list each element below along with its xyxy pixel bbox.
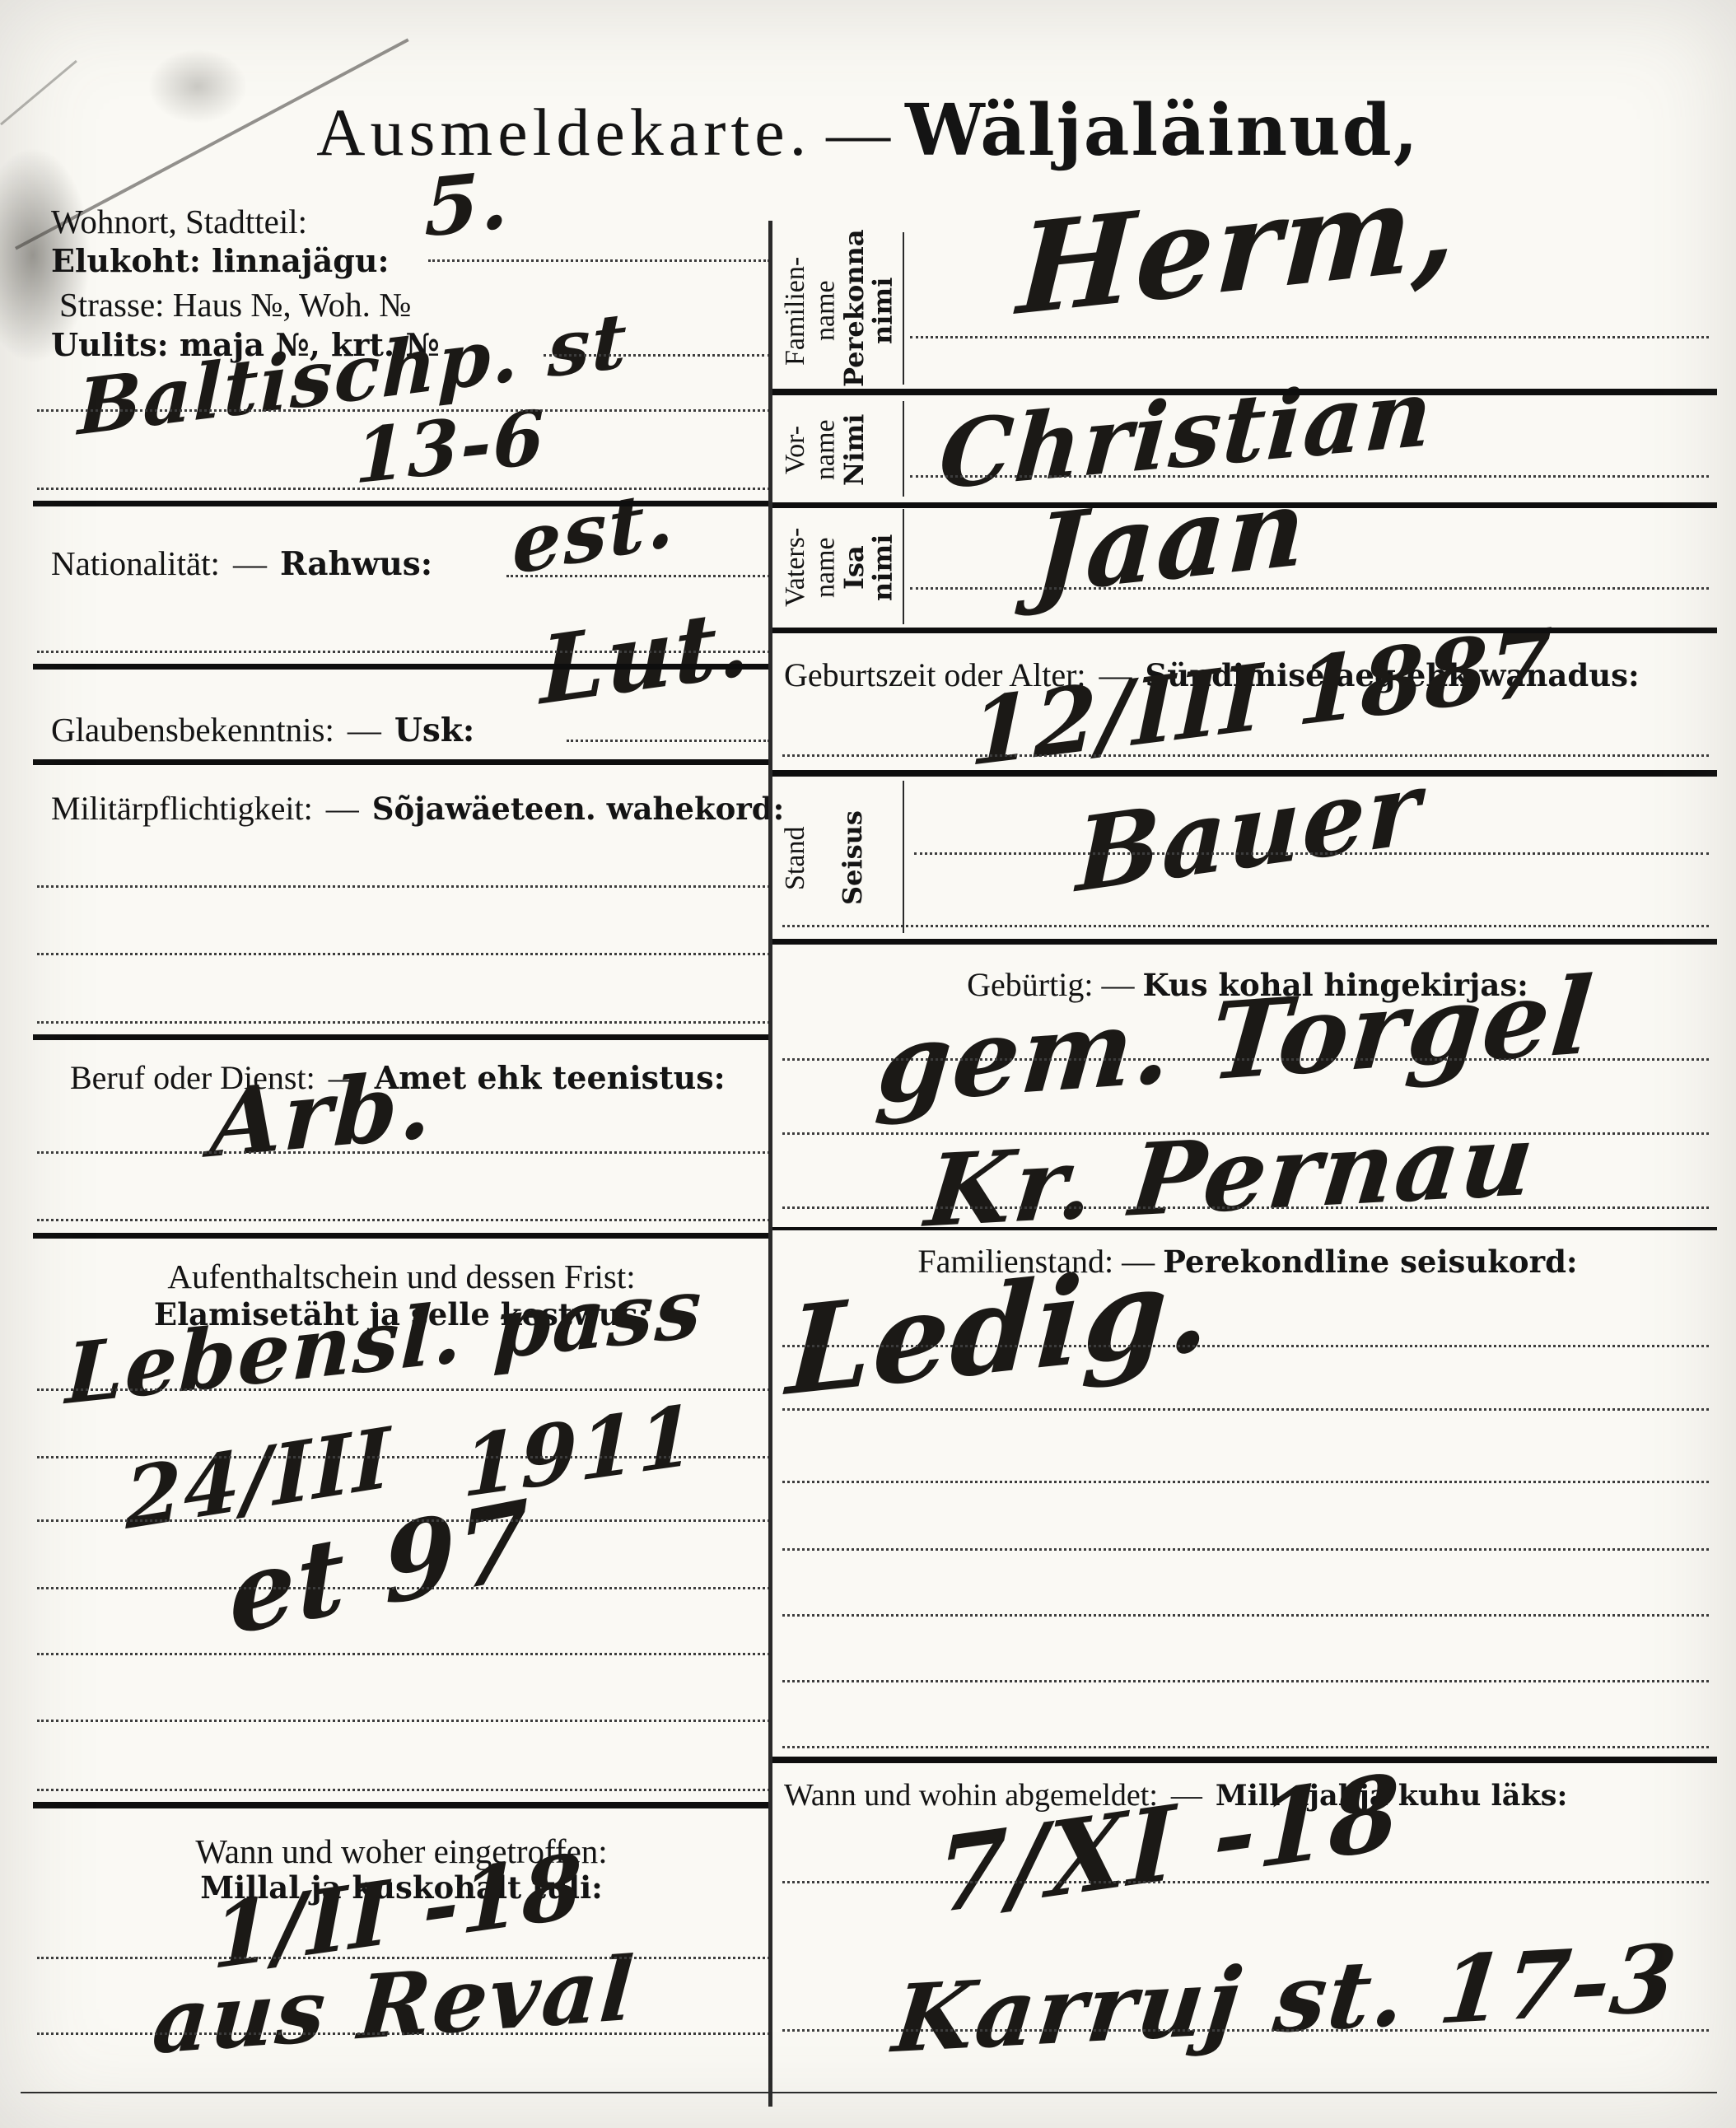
ausmeldekarte-card: Ausmeldekarte.—Wäljaläinud, Wohnort, Sta… <box>0 0 1736 2128</box>
label-box-rule <box>903 232 904 385</box>
religion-label-et: Usk: <box>394 712 474 749</box>
column-divider-rule <box>768 221 772 2107</box>
dotted-fill-line <box>782 1058 1709 1061</box>
dotted-fill-line <box>782 1680 1709 1682</box>
section-divider-line <box>33 501 770 506</box>
departure-value-place: Karruj st. 17-3 <box>889 1933 1682 2067</box>
dotted-fill-line <box>910 336 1709 338</box>
dotted-fill-line <box>544 354 770 357</box>
family-name-label-de: Familien-name <box>781 235 840 387</box>
district-value: 5. <box>424 160 510 248</box>
military-label-dash: — <box>326 789 359 828</box>
first-name-label-de: Vor-name <box>781 402 840 497</box>
religion-label-dash: — <box>348 710 381 749</box>
military-label: Militärpflichtigkeit: — Sõjawäeteen. wah… <box>51 789 784 828</box>
religion-value: Lut. <box>540 595 751 718</box>
residence-label-et: Elukoht: linnajägu: <box>51 242 390 279</box>
card-title: Ausmeldekarte.—Wäljaläinud, <box>0 89 1736 172</box>
section-divider-line <box>33 759 770 765</box>
section-divider-line <box>33 1233 770 1239</box>
dotted-fill-line <box>782 1481 1709 1483</box>
title-german: Ausmeldekarte. <box>316 95 811 170</box>
nationality-label-et: Rahwus: <box>280 545 432 583</box>
nationality-label-de: Nationalität: <box>51 544 220 583</box>
dotted-fill-line <box>506 575 770 577</box>
father-name-label-de: Vaters-name <box>781 511 840 624</box>
label-box-rule <box>903 509 904 624</box>
dotted-fill-line <box>782 1548 1709 1551</box>
dotted-fill-line <box>37 2032 770 2035</box>
section-divider-line <box>33 1802 770 1808</box>
dotted-fill-line <box>782 1408 1709 1411</box>
nationality-label-dash: — <box>233 544 267 583</box>
street-label-de: Strasse: Haus №, Woh. № <box>59 285 411 324</box>
dotted-fill-line <box>782 2029 1709 2032</box>
status-label-de: Stand <box>781 784 840 932</box>
dotted-fill-line <box>782 1881 1709 1883</box>
father-name-label-et: Isa nimi <box>840 511 899 624</box>
dotted-fill-line <box>37 1587 770 1589</box>
dotted-fill-line <box>782 754 1709 757</box>
dotted-fill-line <box>37 409 770 412</box>
military-label-et: Sõjawäeteen. wahekord: <box>372 791 785 827</box>
dotted-fill-line <box>37 1219 770 1221</box>
section-divider-line <box>772 1757 1717 1763</box>
nationality-label: Nationalität: — Rahwus: <box>51 544 432 583</box>
dotted-fill-line <box>37 1151 770 1154</box>
dotted-fill-line <box>37 1021 770 1024</box>
dotted-fill-line <box>37 1789 770 1791</box>
dotted-fill-line <box>910 475 1709 478</box>
label-box-rule <box>903 401 904 497</box>
section-divider-line <box>772 1227 1717 1230</box>
house-value: 13-6 <box>355 400 546 495</box>
first-name-label-et: Nimi <box>840 402 899 497</box>
section-divider-line <box>772 389 1717 395</box>
bottom-faint-rule <box>21 2092 1717 2093</box>
dotted-fill-line <box>37 1456 770 1458</box>
section-divider-line <box>33 1034 770 1040</box>
military-label-de: Militärpflichtigkeit: <box>51 789 313 828</box>
dotted-fill-line <box>567 740 770 742</box>
dotted-fill-line <box>782 925 1709 927</box>
nationality-value: est. <box>511 478 676 586</box>
dotted-fill-line <box>782 1345 1709 1347</box>
dotted-fill-line <box>37 488 770 490</box>
dotted-fill-line <box>782 1614 1709 1617</box>
status-label-et: Seisus <box>838 784 898 932</box>
section-divider-line <box>772 502 1717 508</box>
section-divider-line <box>772 770 1717 777</box>
title-dash: — <box>811 97 905 169</box>
section-divider-line <box>772 939 1717 945</box>
label-box-rule <box>903 781 904 933</box>
religion-label-de: Glaubensbekenntnis: <box>51 710 334 749</box>
title-estonian: Wäljaläinud, <box>905 89 1420 172</box>
family-name-value: Herm, <box>1015 161 1461 333</box>
dotted-fill-line <box>37 1957 770 1959</box>
occupation-value: Arb. <box>209 1059 435 1171</box>
dotted-fill-line <box>37 1519 770 1522</box>
dotted-fill-line <box>37 1653 770 1655</box>
residence-label-de: Wohnort, Stadtteil: <box>51 202 307 241</box>
dotted-fill-line <box>37 1720 770 1722</box>
dotted-fill-line <box>428 259 770 262</box>
dotted-fill-line <box>910 587 1709 590</box>
dotted-fill-line <box>782 1746 1709 1748</box>
dotted-fill-line <box>914 852 1709 855</box>
religion-label: Glaubensbekenntnis: — Usk: <box>51 710 474 749</box>
section-divider-line <box>772 628 1717 633</box>
status-value: Bauer <box>1076 756 1422 906</box>
dotted-fill-line <box>37 885 770 888</box>
section-divider-line <box>33 664 770 670</box>
dotted-fill-line <box>37 651 770 653</box>
family-name-label-et: Perekonna nimi <box>840 235 899 387</box>
dotted-fill-line <box>37 1388 770 1391</box>
dotted-fill-line <box>782 1132 1709 1135</box>
origin-value-line2: Kr. Pernau <box>922 1110 1540 1242</box>
marital-label-et: Perekondline seisukord: <box>1163 1244 1577 1280</box>
dotted-fill-line <box>782 1206 1709 1209</box>
dotted-fill-line <box>37 953 770 955</box>
